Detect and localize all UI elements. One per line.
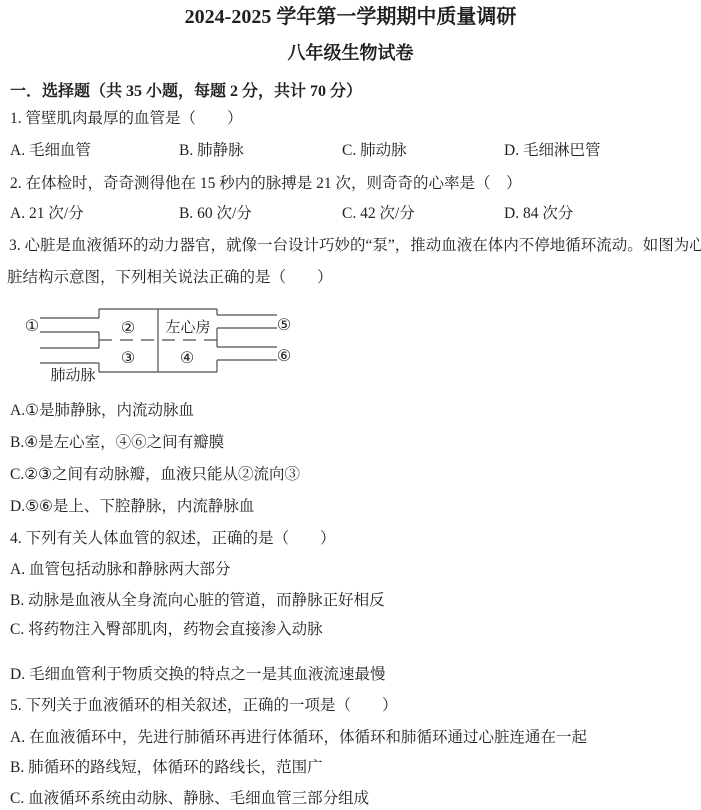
exam-subtitle: 八年级生物试卷 [0, 41, 701, 65]
question-3-stem-line-2: 脏结构示意图，下列相关说法正确的是（ ） [7, 268, 333, 288]
exam-paper-page: 2024-2025 学年第一学期期中质量调研 八年级生物试卷 一．选择题（共 3… [0, 0, 701, 810]
question-4-stem: 4. 下列有关人体血管的叙述，正确的是（ ） [10, 529, 336, 549]
vessel-1-tube [40, 318, 99, 332]
pulmonary-artery-tube [40, 348, 99, 363]
diagram-label-4: ④ [180, 350, 194, 367]
question-3-option-b: B.④是左心室，④⑥之间有瓣膜 [10, 433, 224, 453]
heart-diagram-svg: ① ② ③ ④ ⑤ ⑥ 左心房 肺动脉 [0, 295, 320, 395]
question-5-option-a: A. 在血液循环中，先进行肺循环再进行体循环，体循环和肺循环通过心脏连通在一起 [10, 728, 587, 748]
question-3-stem-line-1: 3. 心脏是血液循环的动力器官，就像一台设计巧妙的“泵”，推动血液在体内不停地循… [9, 236, 701, 256]
heart-structure-diagram: ① ② ③ ④ ⑤ ⑥ 左心房 肺动脉 [0, 295, 320, 395]
vessel-5-tube [217, 315, 277, 328]
question-2-option-b: B. 60 次/分 [179, 204, 252, 224]
exam-title: 2024-2025 学年第一学期期中质量调研 [0, 4, 701, 30]
question-2-option-c: C. 42 次/分 [342, 204, 415, 224]
question-2-option-a: A. 21 次/分 [10, 204, 84, 224]
section-heading: 一．选择题（共 35 小题，每题 2 分，共计 70 分） [10, 81, 362, 103]
question-2-option-d: D. 84 次分 [504, 204, 573, 224]
question-4-option-b: B. 动脉是血液从全身流向心脏的管道，而静脉正好相反 [10, 591, 385, 611]
question-1-option-a: A. 毛细血管 [10, 141, 91, 161]
question-1-option-b: B. 肺静脉 [179, 141, 244, 161]
diagram-label-2: ② [121, 320, 135, 337]
question-1-option-d: D. 毛细淋巴管 [504, 141, 600, 161]
diagram-label-5: ⑤ [277, 317, 291, 334]
diagram-label-1: ① [25, 318, 39, 335]
question-4-option-c: C. 将药物注入臀部肌肉，药物会直接渗入动脉 [10, 620, 323, 640]
diagram-label-3: ③ [121, 350, 135, 367]
question-4-option-a: A. 血管包括动脉和静脉两大部分 [10, 560, 230, 580]
question-5-option-c: C. 血液循环系统由动脉、静脉、毛细血管三部分组成 [10, 789, 369, 809]
question-2-stem: 2. 在体检时，奇奇测得他在 15 秒内的脉搏是 21 次，则奇奇的心率是（ ） [10, 174, 522, 194]
question-1-option-c: C. 肺动脉 [342, 141, 407, 161]
question-3-option-c: C.②③之间有动脉瓣，血液只能从②流向③ [10, 465, 300, 485]
question-4-option-d: D. 毛细血管利于物质交换的特点之一是其血液流速最慢 [10, 665, 385, 685]
question-5-option-b: B. 肺循环的路线短，体循环的路线长，范围广 [10, 758, 323, 778]
question-3-option-a: A.①是肺静脉，内流动脉血 [10, 401, 194, 421]
question-3-option-d: D.⑤⑥是上、下腔静脉，内流静脉血 [10, 497, 254, 517]
question-1-stem: 1. 管壁肌肉最厚的血管是（ ） [10, 109, 243, 129]
question-5-stem: 5. 下列关于血液循环的相关叙述，正确的一项是（ ） [10, 696, 398, 716]
vessel-6-tube [217, 347, 277, 360]
pulmonary-artery-label: 肺动脉 [50, 366, 95, 384]
diagram-label-6: ⑥ [277, 348, 291, 365]
left-atrium-label: 左心房 [165, 319, 210, 336]
